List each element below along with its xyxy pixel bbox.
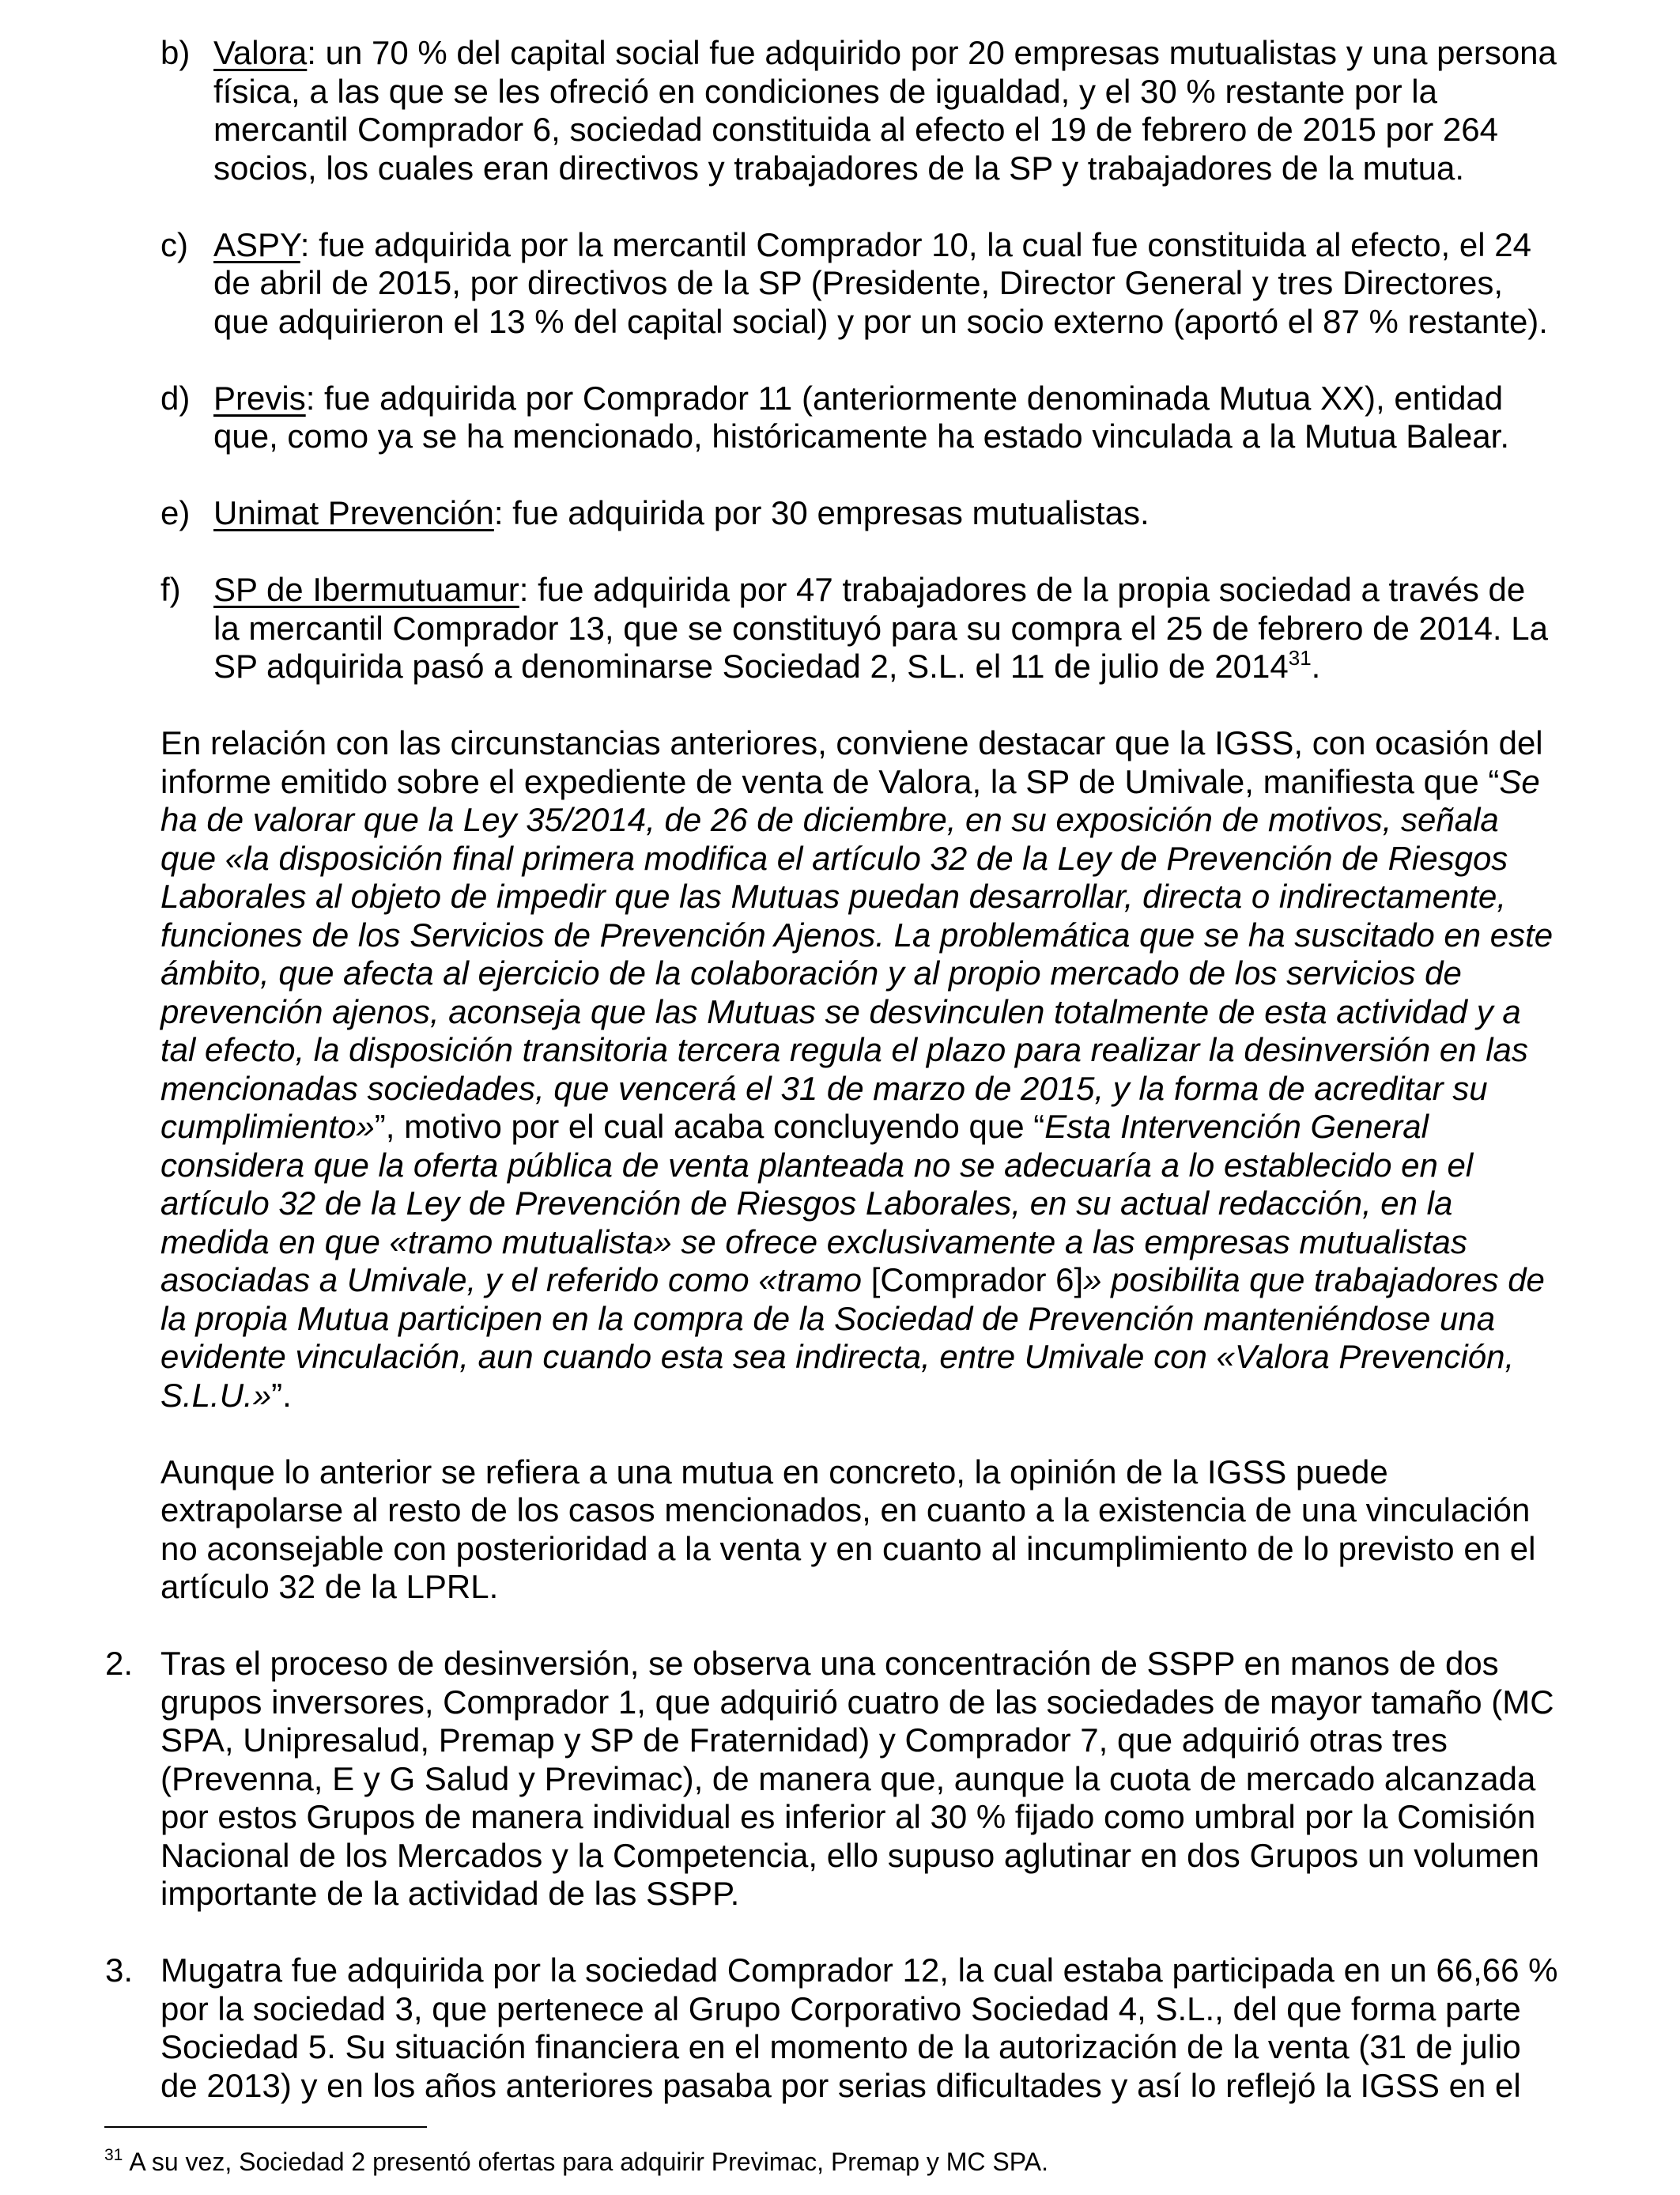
text-line: En relación con las circunstancias anter… <box>160 724 1575 763</box>
quoted-text: evidente vinculación, aun cuando esta se… <box>160 1338 1514 1375</box>
quoted-text: cumplimiento» <box>160 1108 375 1145</box>
text-segment: extrapolarse al resto de los casos menci… <box>160 1491 1530 1528</box>
text-segment: : fue adquirida por Comprador 11 (anteri… <box>306 380 1503 417</box>
text-line: de 2013) y en los años anteriores pasaba… <box>160 2067 1575 2106</box>
text-line: artículo 32 de la Ley de Prevención de R… <box>160 1184 1575 1223</box>
quoted-text: tal efecto, la disposición transitoria t… <box>160 1031 1528 1068</box>
text-line: por la sociedad 3, que pertenece al Grup… <box>160 1990 1575 2029</box>
text-segment: artículo 32 de la LPRL. <box>160 1568 498 1605</box>
entity-name: Unimat Prevención <box>213 494 494 531</box>
text-line: medida en que «tramo mutualista» se ofre… <box>160 1223 1575 1262</box>
text-line: tal efecto, la disposición transitoria t… <box>160 1031 1575 1070</box>
text-line: cumplimiento»”, motivo por el cual acaba… <box>160 1108 1575 1147</box>
text-segment: SPA, Unipresalud, Premap y SP de Fratern… <box>160 1721 1448 1759</box>
text-segment: de 2013) y en los años anteriores pasaba… <box>160 2067 1521 2104</box>
quoted-text: Se <box>1499 763 1539 800</box>
list-marker: c) <box>160 226 188 265</box>
text-segment: por estos Grupos de manera individual es… <box>160 1798 1535 1835</box>
text-line: que adquirieron el 13 % del capital soci… <box>213 303 1575 342</box>
text-line: Aunque lo anterior se refiera a una mutu… <box>160 1453 1575 1492</box>
text-line: Laborales al objeto de impedir que las M… <box>160 878 1575 916</box>
text-segment: de abril de 2015, por directivos de la S… <box>213 264 1503 301</box>
list-marker: b) <box>160 34 190 73</box>
text-line: ha de valorar que la Ley 35/2014, de 26 … <box>160 801 1575 840</box>
text-segment: socios, los cuales eran directivos y tra… <box>213 149 1464 187</box>
text-segment: física, a las que se les ofreció en cond… <box>213 73 1437 110</box>
text-segment: En relación con las circunstancias anter… <box>160 724 1543 761</box>
text-segment: Aunque lo anterior se refiera a una mutu… <box>160 1453 1388 1490</box>
text-line: Unimat Prevención: fue adquirida por 30 … <box>213 494 1575 533</box>
text-line: importante de la actividad de las SSPP. <box>160 1875 1575 1914</box>
text-segment: : un 70 % del capital social fue adquiri… <box>307 34 1557 71</box>
text-segment: informe emitido sobre el expediente de v… <box>160 763 1499 800</box>
quoted-text: considera que la oferta pública de venta… <box>160 1147 1473 1184</box>
quoted-text: que «la disposición final primera modifi… <box>160 840 1508 877</box>
text-line: socios, los cuales eran directivos y tra… <box>213 149 1575 188</box>
text-line: Tras el proceso de desinversión, se obse… <box>160 1645 1575 1683</box>
quoted-text: artículo 32 de la Ley de Prevención de R… <box>160 1184 1452 1222</box>
quoted-text: asociadas a Umivale, y el referido como … <box>160 1261 871 1298</box>
text-line: física, a las que se les ofreció en cond… <box>213 73 1575 111</box>
text-line: ASPY: fue adquirida por la mercantil Com… <box>213 226 1575 265</box>
text-segment: [Comprador 6] <box>871 1261 1083 1298</box>
text-segment: que, como ya se ha mencionado, histórica… <box>213 417 1509 455</box>
footnote-separator <box>104 2126 427 2128</box>
text-line: mercantil Comprador 6, sociedad constitu… <box>213 111 1575 149</box>
text-segment: : fue adquirida por 47 trabajadores de l… <box>519 571 1526 608</box>
text-line: la propia Mutua participen en la compra … <box>160 1300 1575 1339</box>
text-line: Sociedad 5. Su situación financiera en e… <box>160 2028 1575 2067</box>
text-segment: mercantil Comprador 6, sociedad constitu… <box>213 111 1498 148</box>
text-segment: importante de la actividad de las SSPP. <box>160 1875 739 1912</box>
text-segment: SP adquirida pasó a denominarse Sociedad… <box>213 648 1289 685</box>
text-segment: no aconsejable con posterioridad a la ve… <box>160 1530 1535 1567</box>
text-segment: ”, motivo por el cual acaba concluyendo … <box>375 1108 1045 1145</box>
text-line: informe emitido sobre el expediente de v… <box>160 763 1575 802</box>
list-marker: d) <box>160 380 190 418</box>
quoted-text: Laborales al objeto de impedir que las M… <box>160 878 1506 915</box>
text-line: no aconsejable con posterioridad a la ve… <box>160 1530 1575 1569</box>
text-line: considera que la oferta pública de venta… <box>160 1147 1575 1185</box>
text-segment: : fue adquirida por 30 empresas mutualis… <box>494 494 1150 531</box>
text-line: que «la disposición final primera modifi… <box>160 840 1575 878</box>
footnote-text: A su vez, Sociedad 2 presentó ofertas pa… <box>129 2148 1048 2176</box>
text-segment: . <box>1312 648 1321 685</box>
text-line: S.L.U.»”. <box>160 1377 1575 1415</box>
entity-name: SP de Ibermutuamur <box>213 571 519 608</box>
quoted-text: ha de valorar que la Ley 35/2014, de 26 … <box>160 801 1499 838</box>
quoted-text: S.L.U.» <box>160 1377 271 1414</box>
quoted-text: ámbito, que afecta al ejercicio de la co… <box>160 954 1462 992</box>
text-segment: : fue adquirida por la mercantil Comprad… <box>300 226 1531 263</box>
quoted-text: la propia Mutua participen en la compra … <box>160 1300 1495 1337</box>
entity-name: Previs <box>213 380 306 417</box>
text-segment: que adquirieron el 13 % del capital soci… <box>213 303 1548 340</box>
text-line: la mercantil Comprador 13, que se consti… <box>213 610 1575 648</box>
text-segment: la mercantil Comprador 13, que se consti… <box>213 610 1548 647</box>
text-line: mencionadas sociedades, que vencerá el 3… <box>160 1070 1575 1109</box>
text-line: (Prevenna, E y G Salud y Previmac), de m… <box>160 1760 1575 1799</box>
text-line: extrapolarse al resto de los casos menci… <box>160 1491 1575 1530</box>
text-segment: Sociedad 5. Su situación financiera en e… <box>160 2028 1521 2065</box>
text-segment: grupos inversores, Comprador 1, que adqu… <box>160 1683 1554 1721</box>
text-line: que, como ya se ha mencionado, histórica… <box>213 417 1575 456</box>
text-segment: Nacional de los Mercados y la Competenci… <box>160 1837 1539 1874</box>
text-line: Previs: fue adquirida por Comprador 11 (… <box>213 380 1575 418</box>
footnote-number: 31 <box>104 2146 123 2164</box>
list-marker: 3. <box>105 1951 133 1990</box>
text-segment: ”. <box>271 1377 292 1414</box>
footnote-reference: 31 <box>1289 646 1312 670</box>
text-line: por estos Grupos de manera individual es… <box>160 1798 1575 1837</box>
list-marker: e) <box>160 494 190 533</box>
text-line: SPA, Unipresalud, Premap y SP de Fratern… <box>160 1721 1575 1760</box>
quoted-text: » posibilita que trabajadores de <box>1083 1261 1545 1298</box>
text-line: asociadas a Umivale, y el referido como … <box>160 1261 1575 1300</box>
entity-name: ASPY <box>213 226 300 263</box>
text-line: funciones de los Servicios de Prevención… <box>160 916 1575 955</box>
text-line: evidente vinculación, aun cuando esta se… <box>160 1338 1575 1377</box>
quoted-text: medida en que «tramo mutualista» se ofre… <box>160 1223 1467 1260</box>
list-marker: f) <box>160 571 181 610</box>
text-line: Valora: un 70 % del capital social fue a… <box>213 34 1575 73</box>
text-segment: por la sociedad 3, que pertenece al Grup… <box>160 1990 1521 2027</box>
text-line: SP de Ibermutuamur: fue adquirida por 47… <box>213 571 1575 610</box>
list-marker: 2. <box>105 1645 133 1683</box>
quoted-text: Esta Intervención General <box>1044 1108 1429 1145</box>
text-line: de abril de 2015, por directivos de la S… <box>213 264 1575 303</box>
document-page: b)Valora: un 70 % del capital social fue… <box>0 0 1680 2195</box>
text-segment: Tras el proceso de desinversión, se obse… <box>160 1645 1499 1682</box>
text-line: Mugatra fue adquirida por la sociedad Co… <box>160 1951 1575 1990</box>
text-line: artículo 32 de la LPRL. <box>160 1568 1575 1607</box>
entity-name: Valora <box>213 34 307 71</box>
quoted-text: prevención ajenos, aconseja que las Mutu… <box>160 993 1521 1030</box>
text-line: ámbito, que afecta al ejercicio de la co… <box>160 954 1575 993</box>
text-line: prevención ajenos, aconseja que las Mutu… <box>160 993 1575 1032</box>
quoted-text: funciones de los Servicios de Prevención… <box>160 916 1553 954</box>
text-segment: Mugatra fue adquirida por la sociedad Co… <box>160 1951 1557 1989</box>
text-line: grupos inversores, Comprador 1, que adqu… <box>160 1683 1575 1722</box>
quoted-text: mencionadas sociedades, que vencerá el 3… <box>160 1070 1488 1107</box>
text-segment: (Prevenna, E y G Salud y Previmac), de m… <box>160 1760 1535 1797</box>
text-line: Nacional de los Mercados y la Competenci… <box>160 1837 1575 1876</box>
footnote: 31A su vez, Sociedad 2 presentó ofertas … <box>104 2148 1048 2177</box>
text-line: SP adquirida pasó a denominarse Sociedad… <box>213 648 1575 686</box>
